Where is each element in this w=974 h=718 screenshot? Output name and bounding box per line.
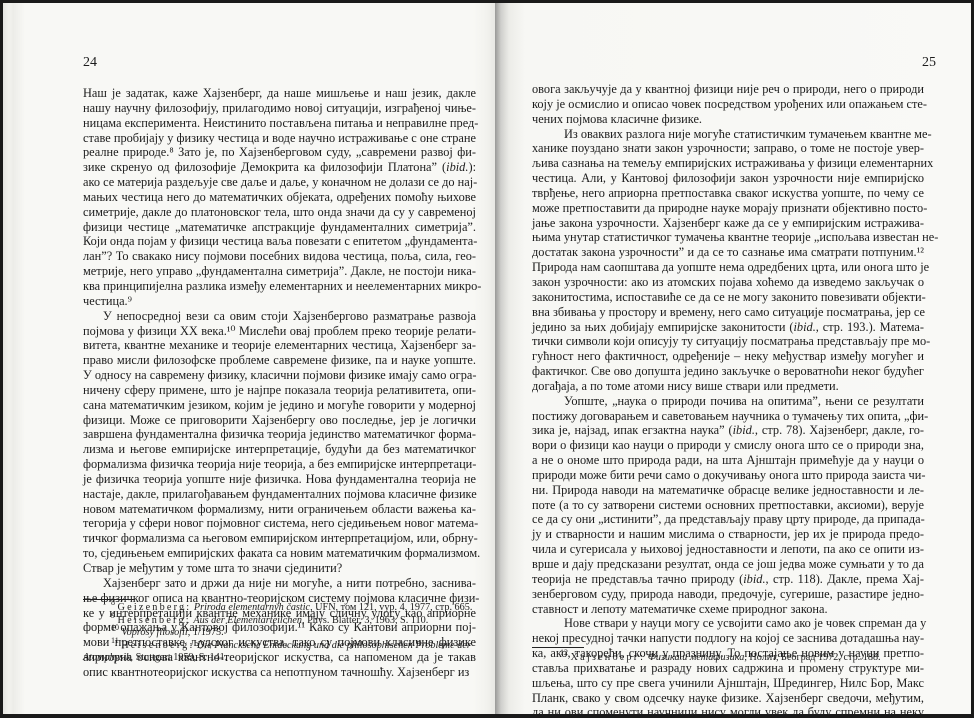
text-line: тврђење, него априорна претпоставка свак… [532,186,924,201]
text-line: нашу научну филозофију, прилагодимо ново… [83,101,476,116]
text-line: фактичког. Све ово допушта једино закључ… [532,364,924,379]
text-line: љива сазнања на темељу емпиријских истра… [532,156,924,171]
text-line: формализма физичка теорија није теорија,… [83,457,476,472]
text-line: реалне природе.⁸ Зато је, по Хајзенберго… [83,145,476,160]
text-line: зика је, најзад, ипак егзактна наука” (i… [532,423,924,438]
text-line: ничену сферу примене, што је најпре пока… [83,383,476,398]
text-line: Из оваквих разлога није могуће статистич… [532,127,924,142]
text-line: Уопште, „наука о природи почива на опити… [532,394,924,409]
text-line: Наш је задатак, каже Хајзенберг, да наше… [83,86,476,101]
book-spread: 24 Наш је задатак, каже Хајзенберг, да н… [3,3,971,714]
text-line: теорија не представља тачно природу (ibi… [532,572,924,587]
text-line: У односу на савремену физику, класични п… [83,368,476,383]
text-line: тичког формализма са његовом емпиријском… [83,531,476,546]
text-line: симетрије, дакле до платоновског тела, ш… [83,205,476,220]
text-line: Нове ствари у науци могу се усвојити сам… [532,616,924,631]
text-line: ако се материја раздељује све даље и даљ… [83,175,476,190]
footnote-11: 11 Heisenberg: Die Plancksche Entdeckung… [83,640,478,665]
page-number: 25 [922,55,936,71]
footnote-divider [83,599,135,600]
text-line: метрије, него управо „фундаментална симе… [83,264,476,279]
text-line: Хајзенберг зато и држи да није ни могуће… [83,576,476,591]
text-line: лан”? То свакако нису појмови посебних в… [83,249,476,264]
footnote-12: 12 Хајзенберг: Физика и метафизика, Ноли… [532,652,927,665]
body-text: Наш је задатак, каже Хајзенберг, да наше… [83,86,476,680]
text-line: врше и дају предсказани резултат, онда с… [532,557,924,572]
text-line: ханике поуздано знати закон узрочности; … [532,141,924,156]
page-number: 24 [83,55,97,71]
text-line: зике скренуо од филозофије Демокрита ка … [83,160,476,175]
text-line: ставност и лепоту математичке схеме прир… [532,602,924,617]
footnote-10: 10 Voprosy filosofii, 1/1975. [83,627,478,640]
text-line: У непосредној вези са овим стоји Хајзенб… [83,309,476,324]
text-line: мањих честица него до математичких објек… [83,190,476,205]
text-line: тегорија у сфери новог појмовног система… [83,516,476,531]
text-line: гућност него фактичност, одређеније – не… [532,349,924,364]
footnote-9: 9 Heisenberg: Aus der Elementarteilchen,… [83,615,478,628]
footnote-8: 8 Geizenberg: Priroda elementarnyh časti… [83,602,478,615]
text-line: то, сједињењем емпиријских факата са нов… [83,546,476,561]
text-line: ју и стварности и нашим мислима о стварн… [532,527,924,542]
text-line: је физичка теорија уопште није физичка. … [83,472,476,487]
right-page: 25 овога закључује да у квантној физици … [495,3,971,714]
footnote-divider [532,647,584,648]
text-line: физици. Може се приговорити Хајзенбергу … [83,413,476,428]
text-line: честица.⁹ [83,294,476,309]
text-line: чених појмова класичне физике. [532,112,924,127]
text-line: завршена фундаментална физичка теорија ј… [83,427,476,442]
text-line: чила и сугерисала у њиховој једноставнос… [532,542,924,557]
text-line: овога закључује да у квантној физици ниј… [532,82,924,97]
text-line: може претпоставити да природне науке мор… [532,201,924,216]
text-line: догађаја, а по томе атоми нису више ства… [532,379,924,394]
text-line: ни. Природа наводи на математичке обрасц… [532,483,924,498]
text-line: некој пресудној тачки напусти подлогу на… [532,631,924,646]
text-line: витета, квантне механике и теорије елеме… [83,338,476,353]
text-line: Ствар је међутим у томе шта то значи сје… [83,561,476,576]
body-text: овога закључује да у квантној физици ниј… [532,82,924,718]
text-line: опис квантнотеоријског искуства са непот… [83,665,476,680]
text-line: појмова у физици XX века.¹⁰ Мислећи овај… [83,324,476,339]
text-line: да ни ови споменути научници нису могли … [532,705,924,718]
text-line: новом математичком формализму, нити огра… [83,502,476,517]
text-line: тички символи који описују ту ситуацију … [532,334,924,349]
left-page: 24 Наш је задатак, каже Хајзенберг, да н… [3,3,495,714]
text-line: природи може бити речи само о докучивању… [532,468,924,483]
text-line: физици честице „математичке апстракције … [83,220,476,235]
text-line: вна збивања у простору и времену, него с… [532,305,924,320]
text-line: постижу договарањем и саветовањем научни… [532,409,924,424]
text-line: коју је осмислио и описао човек посредст… [532,97,924,112]
footnotes: 8 Geizenberg: Priroda elementarnyh časti… [83,602,478,665]
text-line: јање закона узрочности. Хајзенберг каже … [532,216,924,231]
text-line: честица. Али, у Кантовој филозофији зако… [532,171,924,186]
text-line: Планк, свако у свом одсечку науке физике… [532,691,924,706]
text-line: поте (а то су затворени системи основних… [532,498,924,513]
text-line: а не о ономе што природа ради, на шта Ај… [532,453,924,468]
text-line: се да су они „истинити”, да представљају… [532,512,924,527]
text-line: зенберговом суду, природа наводи, предоч… [532,587,924,602]
text-line: ницама експеримента. Неистинито поставље… [83,116,476,131]
text-line: шљења, што су пре свега учинили Ајнштајн… [532,676,924,691]
text-line: једино за њих добијају емпиријске закони… [532,320,924,335]
text-line: ставе пробијају у физику честица и воде … [83,131,476,146]
text-line: Који онда појам у физици честица ваља по… [83,234,476,249]
text-line: Природа нам саопштава да уопште нема одр… [532,260,924,275]
text-line: закон узрочности: ако из атомских појава… [532,275,924,290]
text-line: вори о физици као науци о природи у смис… [532,438,924,453]
text-line: лизма и његове емпиријске интерпретације… [83,442,476,457]
text-line: право мисли филозофске проблеме савремен… [83,353,476,368]
text-line: ква принципијелна разлика између елемент… [83,279,476,294]
text-line: њима унутар статистичког тумачења квантн… [532,230,924,245]
text-line: настаје, дакле, прилагођавањем фундамент… [83,487,476,502]
text-line: законитостима, испоставиће се да се не м… [532,290,924,305]
footnotes: 12 Хајзенберг: Физика и метафизика, Ноли… [532,652,927,665]
text-line: сана математичким језиком, којим је једи… [83,398,476,413]
text-line: достатак закона узрочности” и да се то с… [532,245,924,260]
